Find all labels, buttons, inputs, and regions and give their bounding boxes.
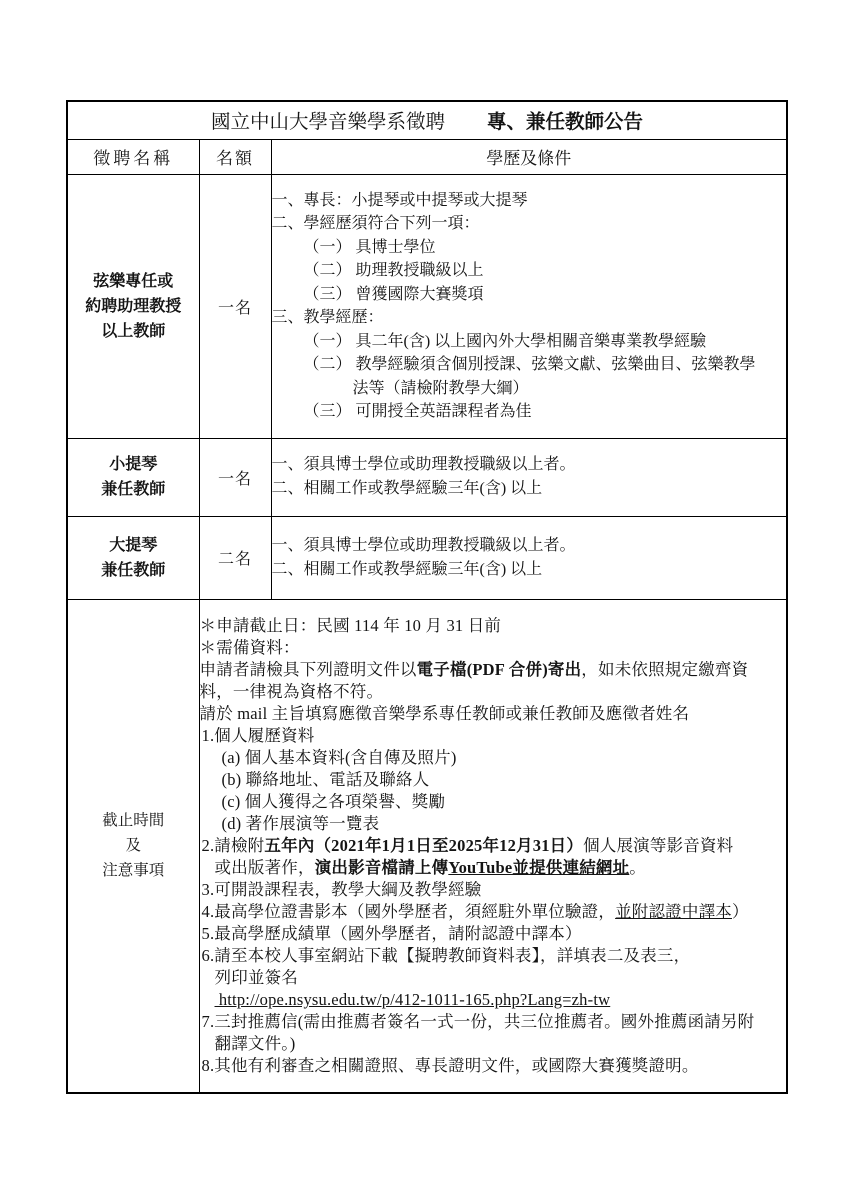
note-line: 列印並簽名 [200,967,787,989]
note-line: 1.個人履歷資料 [200,725,787,747]
note-line: (b) 聯絡地址、電話及聯絡人 [200,769,787,791]
note-line: (a) 個人基本資料(含自傳及照片) [200,747,787,769]
qualifications-cell: 一、須具博士學位或助理教授職級以上者。 二、相關工作或教學經驗三年(含) 以上 [271,438,787,516]
qualifications-cell: 一、專長：小提琴或中提琴或大提琴 二、學經歷須符合下列一項： （一） 具博士學位… [271,174,787,438]
note-line: 翻譯文件。) [200,1033,787,1055]
note-line: 或出版著作，演出影音檔請上傳YouTube並提供連結網址。 [200,857,787,879]
condition-line: （一） 具博士學位 [272,236,787,260]
notice-content-cell: ＊申請截止日：民國 114 年 10 月 31 日前 ＊需備資料： 申請者請檢具… [199,599,787,1093]
note-line: ＊需備資料： [200,637,787,659]
text-segment: 2.請檢附 [202,836,265,855]
title-bold-text: 專、兼任教師公告 [487,112,643,133]
personnel-site-url[interactable]: http://ope.nsysu.edu.tw/p/412-1011-165.p… [215,990,611,1009]
notice-label-line: 注意事項 [68,858,199,883]
position-name-line: 兼任教師 [68,558,199,583]
condition-line: 法等（請檢附教學大綱） [272,377,787,401]
condition-line: 二、學經歷須符合下列一項： [272,212,787,236]
note-line: 7.三封推薦信(需由推薦者簽名一式一份，共三位推薦者。國外推薦函請另附 [200,1011,787,1033]
notice-label-cell: 截止時間 及 注意事項 [67,599,199,1093]
condition-line: 一、專長：小提琴或中提琴或大提琴 [272,189,787,213]
condition-line: 二、相關工作或教學經驗三年(含) 以上 [272,558,787,582]
text-segment: ） [732,902,749,921]
position-name-line: 弦樂專任或 [68,269,199,294]
quota-cell: 二名 [199,516,271,599]
note-line: ＊申請截止日：民國 114 年 10 月 31 日前 [200,615,787,637]
position-name-cell: 小提琴 兼任教師 [67,438,199,516]
note-line: 5.最高學歷成績單（國外學歷者，請附認證中譯本） [200,923,787,945]
text-segment: 個人展演等影音資料 [583,836,733,855]
notice-label-line: 及 [68,833,199,858]
text-segment: 申請者請檢具下列證明文件以 [200,660,417,679]
text-segment: YouTube並提供連結網址 [448,858,629,877]
position-name-line: 以上教師 [68,319,199,344]
note-line: 請於 mail 主旨填寫應徵音樂學系專任教師或兼任教師及應徵者姓名 [200,703,787,725]
document-page: 國立中山大學音樂學系徵聘專、兼任教師公告 徵聘名稱 名額 學歷及條件 弦樂專任或… [0,0,849,1200]
condition-line: （二） 教學經驗須含個別授課、弦樂文獻、弦樂曲目、弦樂教學 [272,353,787,377]
qualifications-cell: 一、須具博士學位或助理教授職級以上者。 二、相關工作或教學經驗三年(含) 以上 [271,516,787,599]
table-title: 國立中山大學音樂學系徵聘專、兼任教師公告 [67,101,787,139]
note-line: 8.其他有利審查之相關證照、專長證明文件，或國際大賽獲獎證明。 [200,1055,787,1077]
note-line: 2.請檢附五年內（2021年1月1日至2025年12月31日）個人展演等影音資料 [200,835,787,857]
text-segment: 五年內（2021年1月1日至2025年12月31日） [264,836,583,855]
notice-label-line: 截止時間 [68,808,199,833]
position-name-cell: 弦樂專任或 約聘助理教授 以上教師 [67,174,199,438]
condition-line: 一、須具博士學位或助理教授職級以上者。 [272,534,787,558]
position-name-line: 小提琴 [68,452,199,477]
note-line: (c) 個人獲得之各項榮譽、獎勵 [200,791,787,813]
position-name-line: 兼任教師 [68,477,199,502]
text-segment: 或出版著作， [215,858,315,877]
note-line: 申請者請檢具下列證明文件以電子檔(PDF 合併)寄出，如未依照規定繳齊資 [200,659,787,681]
position-name-line: 大提琴 [68,533,199,558]
condition-line: 一、須具博士學位或助理教授職級以上者。 [272,453,787,477]
condition-line: 二、相關工作或教學經驗三年(含) 以上 [272,477,787,501]
note-line: 料，一律視為資格不符。 [200,681,787,703]
text-segment: ，如未依照規定繳齊資 [581,660,748,679]
position-name-line: 約聘助理教授 [68,294,199,319]
column-header-quota: 名額 [199,139,271,174]
text-segment: 演出影音檔請上傳 [315,858,449,877]
note-line: 6.請至本校人事室網站下載【擬聘教師資料表】，詳填表二及表三， [200,945,787,967]
text-segment: 。 [629,858,646,877]
note-line: 4.最高學位證書影本（國外學歷者，須經駐外單位驗證，並附認證中譯本） [200,901,787,923]
quota-cell: 一名 [199,174,271,438]
condition-line: （三） 可開授全英語課程者為佳 [272,400,787,424]
note-line: http://ope.nsysu.edu.tw/p/412-1011-165.p… [200,989,787,1011]
text-segment: 4.最高學位證書影本（國外學歷者，須經駐外單位驗證， [202,902,616,921]
condition-line: （一） 具二年(含) 以上國內外大學相關音樂專業教學經驗 [272,330,787,354]
text-segment: 電子檔(PDF 合併)寄出 [417,660,582,679]
condition-line: 三、教學經歷： [272,306,787,330]
title-text: 國立中山大學音樂學系徵聘 [211,112,445,133]
condition-line: （二） 助理教授職級以上 [272,259,787,283]
note-line: (d) 著作展演等一覽表 [200,813,787,835]
quota-cell: 一名 [199,438,271,516]
text-segment: 並附認證中譯本 [615,902,732,921]
note-line: 3.可開設課程表，教學大綱及教學經驗 [200,879,787,901]
position-name-cell: 大提琴 兼任教師 [67,516,199,599]
condition-line: （三） 曾獲國際大賽獎項 [272,283,787,307]
recruitment-table: 國立中山大學音樂學系徵聘專、兼任教師公告 徵聘名稱 名額 學歷及條件 弦樂專任或… [66,100,788,1094]
column-header-qualifications: 學歷及條件 [271,139,787,174]
column-header-position: 徵聘名稱 [67,139,199,174]
